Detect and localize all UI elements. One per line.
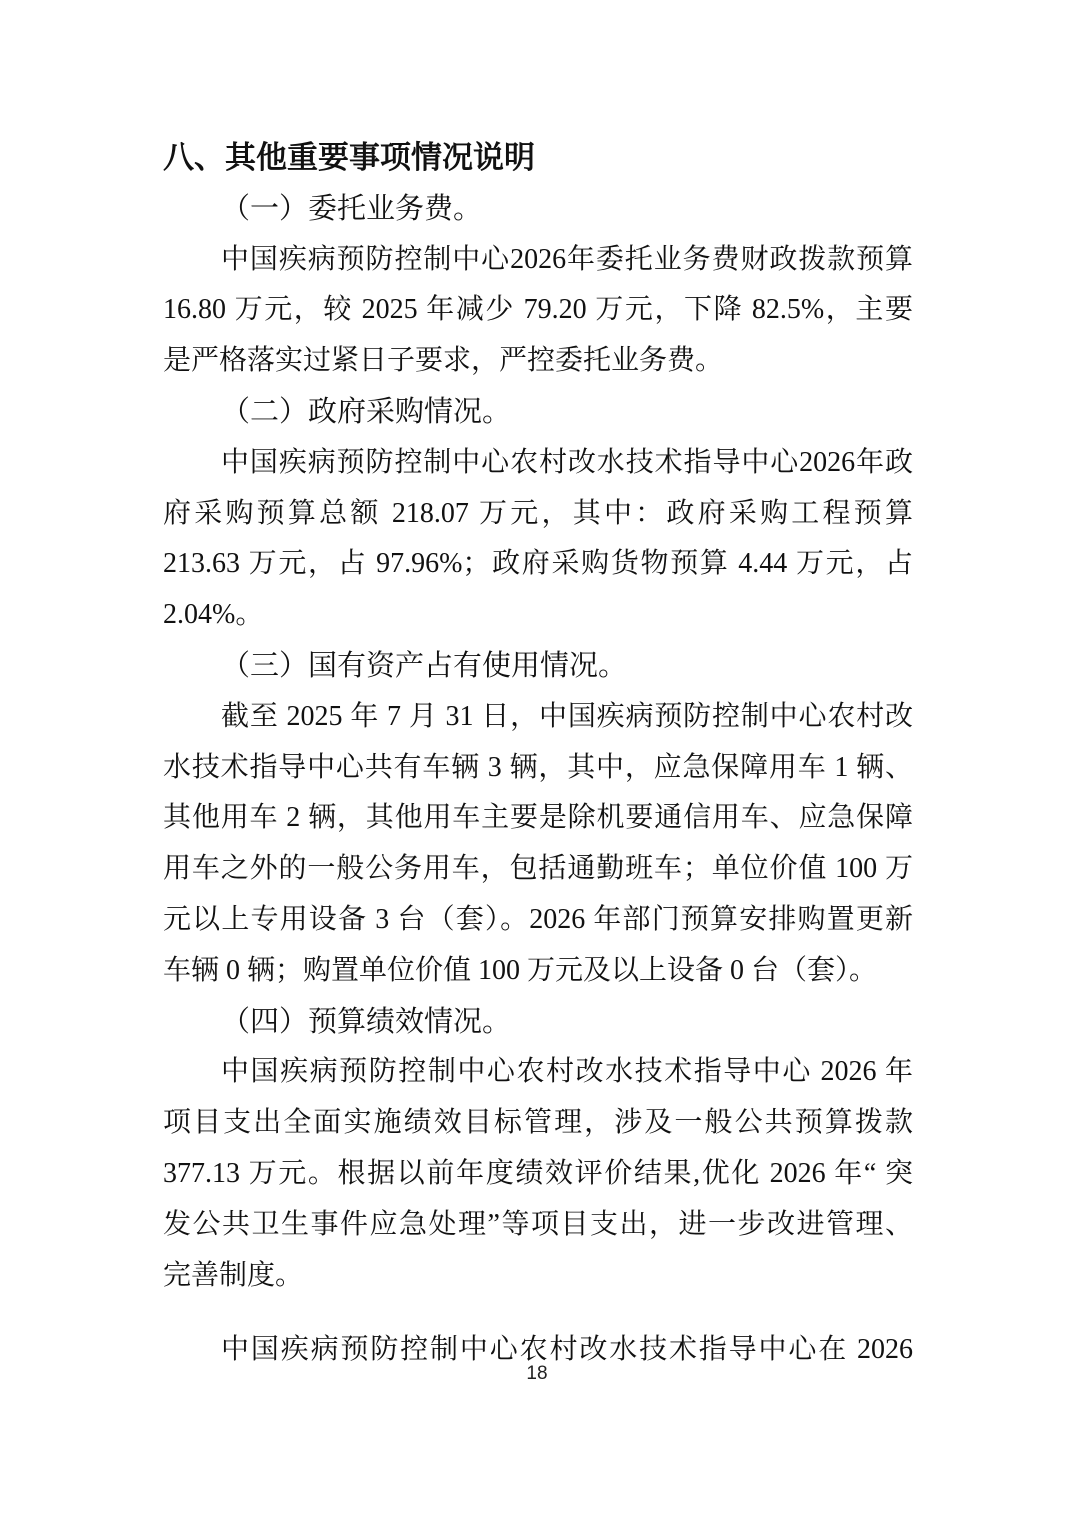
page-content: 八、其他重要事项情况说明 （一）委托业务费。 中国疾病预防控制中心2026年委托… xyxy=(163,133,913,1376)
subsection-title-entrusted-services: （一）委托业务费。 xyxy=(163,184,913,235)
body-line: 213.63 万元，占 97.96%；政府采购货物预算 4.44 万元，占 xyxy=(163,539,913,590)
body-line: 府采购预算总额 218.07 万元，其中：政府采购工程预算 xyxy=(163,489,913,540)
body-line: 中国疾病预防控制中心农村改水技术指导中心 2026 年 xyxy=(163,1047,913,1098)
body-line: 2.04%。 xyxy=(163,590,913,641)
body-line: 中国疾病预防控制中心2026年委托业务费财政拨款预算 xyxy=(163,235,913,286)
body-line: 其他用车 2 辆，其他用车主要是除机要通信用车、应急保障 xyxy=(163,793,913,844)
body-line: 水技术指导中心共有车辆 3 辆，其中，应急保障用车 1 辆、 xyxy=(163,743,913,794)
body-line: 16.80 万元，较 2025 年减少 79.20 万元，下降 82.5%，主要 xyxy=(163,285,913,336)
document-page: 八、其他重要事项情况说明 （一）委托业务费。 中国疾病预防控制中心2026年委托… xyxy=(0,0,1074,1520)
body-line: 377.13 万元。根据以前年度绩效评价结果,优化 2026 年“ 突 xyxy=(163,1149,913,1200)
body-line: 项目支出全面实施绩效目标管理，涉及一般公共预算拨款 xyxy=(163,1098,913,1149)
body-line: 车辆 0 辆；购置单位价值 100 万元及以上设备 0 台（套）。 xyxy=(163,946,913,997)
body-line: 发公共卫生事件应急处理”等项目支出，进一步改进管理、 xyxy=(163,1200,913,1251)
body-line: 完善制度。 xyxy=(163,1251,913,1302)
subsection-title-state-assets: （三）国有资产占有使用情况。 xyxy=(163,641,913,692)
subsection-title-government-procurement: （二）政府采购情况。 xyxy=(163,387,913,438)
body-line: 元以上专用设备 3 台（套）。2026 年部门预算安排购置更新 xyxy=(163,895,913,946)
section-heading: 八、其他重要事项情况说明 xyxy=(163,133,913,184)
subsection-title-budget-performance: （四）预算绩效情况。 xyxy=(163,997,913,1048)
body-line: 中国疾病预防控制中心农村改水技术指导中心2026年政 xyxy=(163,438,913,489)
body-line: 用车之外的一般公务用车，包括通勤班车；单位价值 100 万 xyxy=(163,844,913,895)
body-line: 截至 2025 年 7 月 31 日，中国疾病预防控制中心农村改 xyxy=(163,692,913,743)
page-number: 18 xyxy=(0,1363,1074,1385)
body-line: 是严格落实过紧日子要求，严控委托业务费。 xyxy=(163,336,913,387)
